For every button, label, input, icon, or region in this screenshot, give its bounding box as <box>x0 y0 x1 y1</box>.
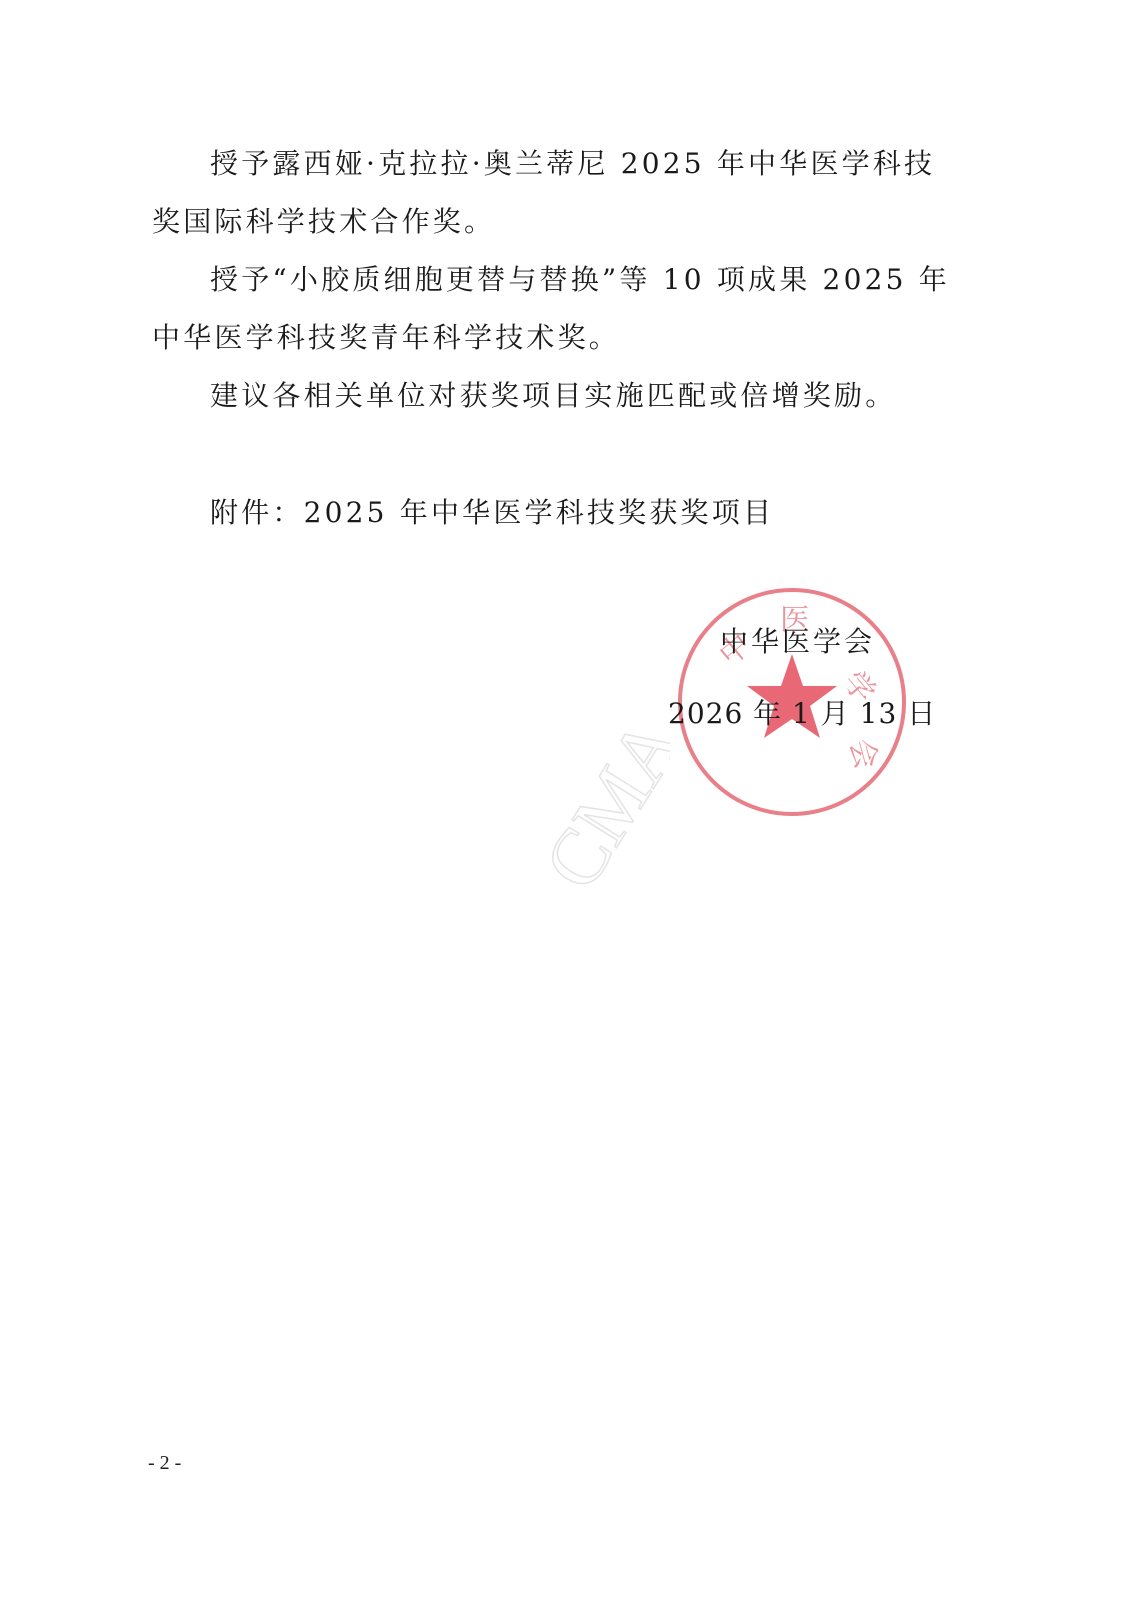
signature-organization: 中华医学会 <box>720 620 875 664</box>
paragraph-text: 建议各相关单位对获奖项目实施匹配或倍增奖励。 <box>210 379 896 412</box>
cma-watermark: CMA <box>470 690 670 890</box>
document-page: 授予露西娅·克拉拉·奥兰蒂尼 2025 年中华医学科技奖国际科学技术合作奖。 授… <box>0 0 1131 1600</box>
paragraph-international-award: 授予露西娅·克拉拉·奥兰蒂尼 2025 年中华医学科技奖国际科学技术合作奖。 <box>152 135 952 251</box>
svg-text:会: 会 <box>842 735 884 773</box>
paragraph-text: 授予“小胶质细胞更替与替换”等 10 项成果 2025 年中华医学科技奖青年科学… <box>152 263 950 354</box>
attachment-line: 附件：2025 年中华医学科技奖获奖项目 <box>210 488 774 538</box>
svg-text:CMA: CMA <box>528 703 670 890</box>
paragraph-youth-award: 授予“小胶质细胞更替与替换”等 10 项成果 2025 年中华医学科技奖青年科学… <box>152 251 952 367</box>
signature-date: 2026 年 1 月 13 日 <box>668 692 936 736</box>
paragraph-recommendation: 建议各相关单位对获奖项目实施匹配或倍增奖励。 <box>152 367 952 425</box>
page-number: - 2 - <box>148 1452 181 1475</box>
paragraph-text: 授予露西娅·克拉拉·奥兰蒂尼 2025 年中华医学科技奖国际科学技术合作奖。 <box>152 147 935 238</box>
